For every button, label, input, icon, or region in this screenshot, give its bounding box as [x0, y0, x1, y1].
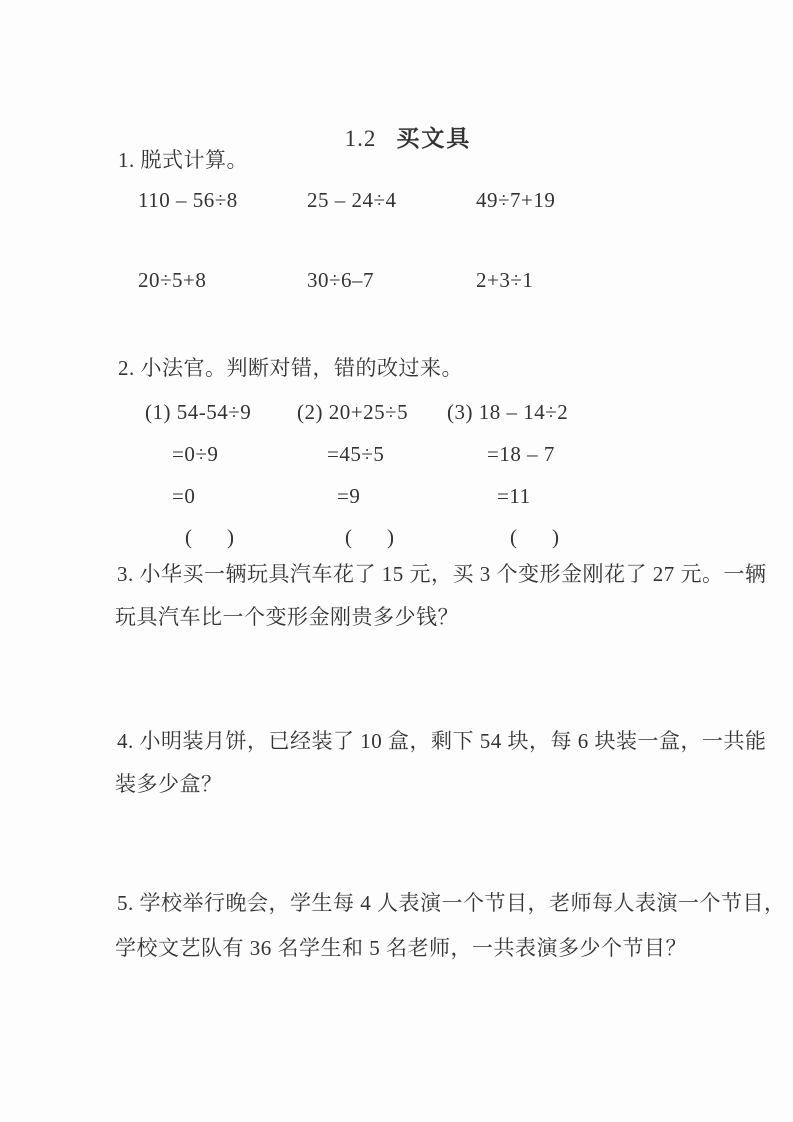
problem-1-expression-4: 20÷5+8: [138, 267, 206, 293]
problem-3-line-1: 3. 小华买一辆玩具汽车花了 15 元，买 3 个变形金刚花了 27 元。一辆: [117, 561, 767, 587]
problem-1-expression-2: 25 – 24÷4: [307, 187, 397, 213]
worksheet-page: 1.2买文具 1. 脱式计算。 110 – 56÷8 25 – 24÷4 49÷…: [0, 0, 793, 1122]
problem-1-expression-1: 110 – 56÷8: [138, 187, 238, 213]
title-section-name: 买文具: [396, 126, 471, 151]
problem-2-item-3-step-1: =18 – 7: [487, 441, 555, 467]
problem-2-item-2-step-1: =45÷5: [327, 441, 384, 467]
problem-1-expression-6: 2+3÷1: [476, 267, 533, 293]
problem-2-item-3-judge-parens: ( ): [510, 524, 560, 550]
problem-2-item-2-step-2: =9: [337, 483, 360, 509]
problem-2-item-3-head: (3) 18 – 14÷2: [447, 399, 568, 425]
problem-2-item-2-judge-parens: ( ): [345, 524, 395, 550]
problem-1-expression-3: 49÷7+19: [476, 187, 555, 213]
problem-2-label: 2. 小法官。判断对错，错的改过来。: [118, 355, 463, 381]
problem-2-item-3-step-2: =11: [497, 483, 531, 509]
problem-1-expression-5: 30÷6–7: [307, 267, 374, 293]
problem-1-label: 1. 脱式计算。: [118, 147, 248, 173]
problem-2-item-1-judge-parens: ( ): [185, 524, 235, 550]
problem-5-line-1: 5. 学校举行晚会，学生每 4 人表演一个节目，老师每人表演一个节目，: [117, 890, 786, 916]
problem-2-item-1-step-2: =0: [172, 483, 195, 509]
problem-2-item-1-step-1: =0÷9: [172, 441, 218, 467]
problem-4-line-2: 装多少盒？: [115, 771, 223, 797]
problem-2-item-1-head: (1) 54-54÷9: [145, 399, 251, 425]
problem-4-line-1: 4. 小明装月饼，已经装了 10 盒，剩下 54 块，每 6 块装一盒，一共能: [117, 728, 767, 754]
problem-2-item-2-head: (2) 20+25÷5: [297, 399, 408, 425]
problem-3-line-2: 玩具汽车比一个变形金刚贵多少钱？: [115, 604, 459, 630]
problem-5-line-2: 学校文艺队有 36 名学生和 5 名老师，一共表演多少个节目？: [115, 935, 687, 961]
title-section-number: 1.2: [345, 126, 377, 151]
